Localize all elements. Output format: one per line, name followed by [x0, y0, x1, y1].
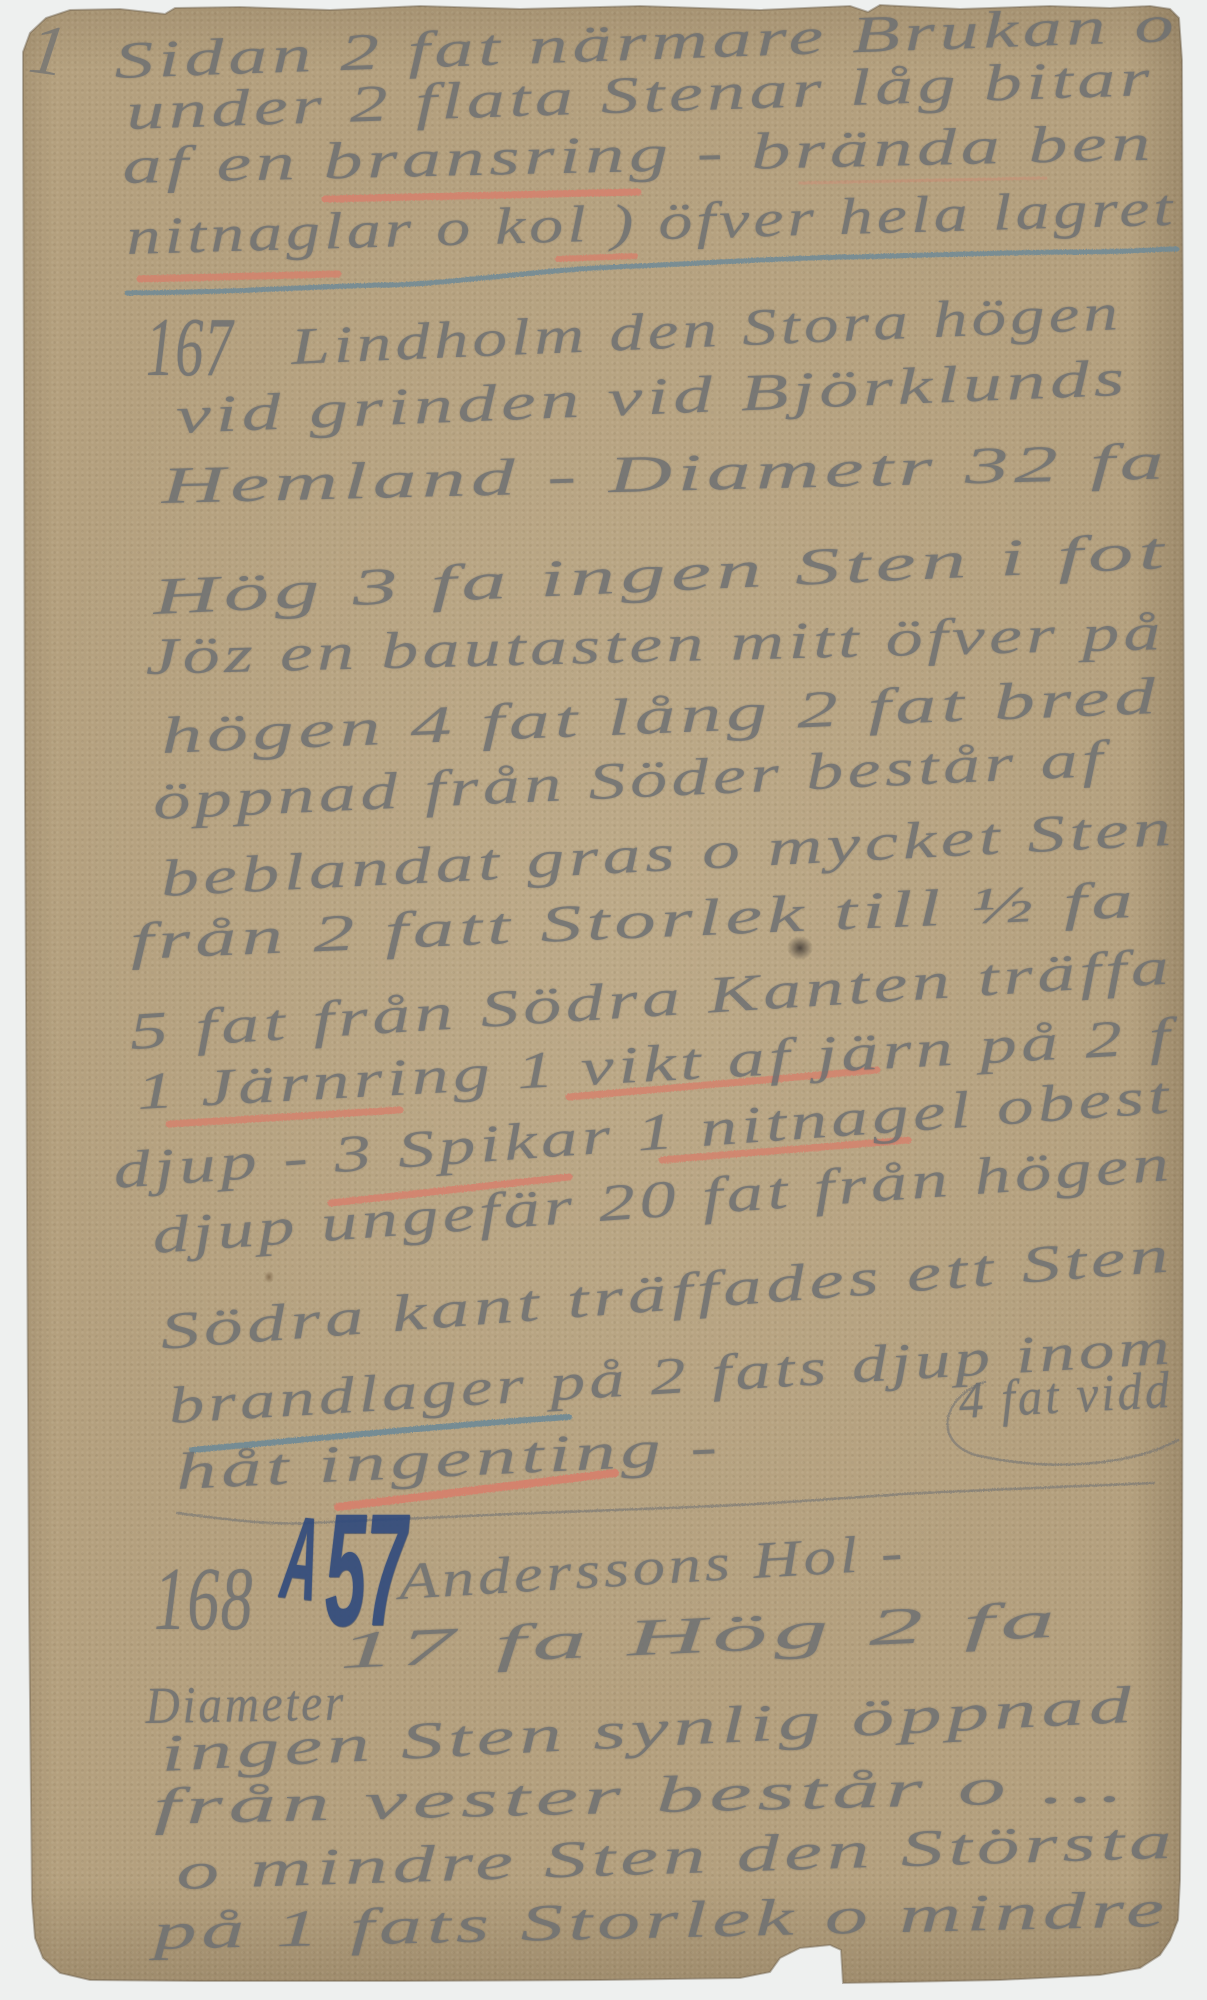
entry-number: 167	[146, 306, 278, 358]
handwritten-line-circled: 4 fat vidd	[958, 1364, 1187, 1428]
handwritten-line: från vester består o ...	[153, 1770, 684, 1834]
line-text: 4 fat vidd	[958, 1365, 1174, 1428]
handwritten-line: på 1 fats Storlek o mindre	[153, 1893, 769, 1959]
stamp-number: 57	[325, 1490, 407, 1650]
entry-number-text: 167	[146, 306, 234, 390]
entry-number-text: 168	[154, 1555, 254, 1645]
catalog-stamp: A 57	[283, 1490, 413, 1640]
entry-number: 168	[154, 1555, 295, 1607]
stamp-prefix: A	[277, 1498, 325, 1619]
